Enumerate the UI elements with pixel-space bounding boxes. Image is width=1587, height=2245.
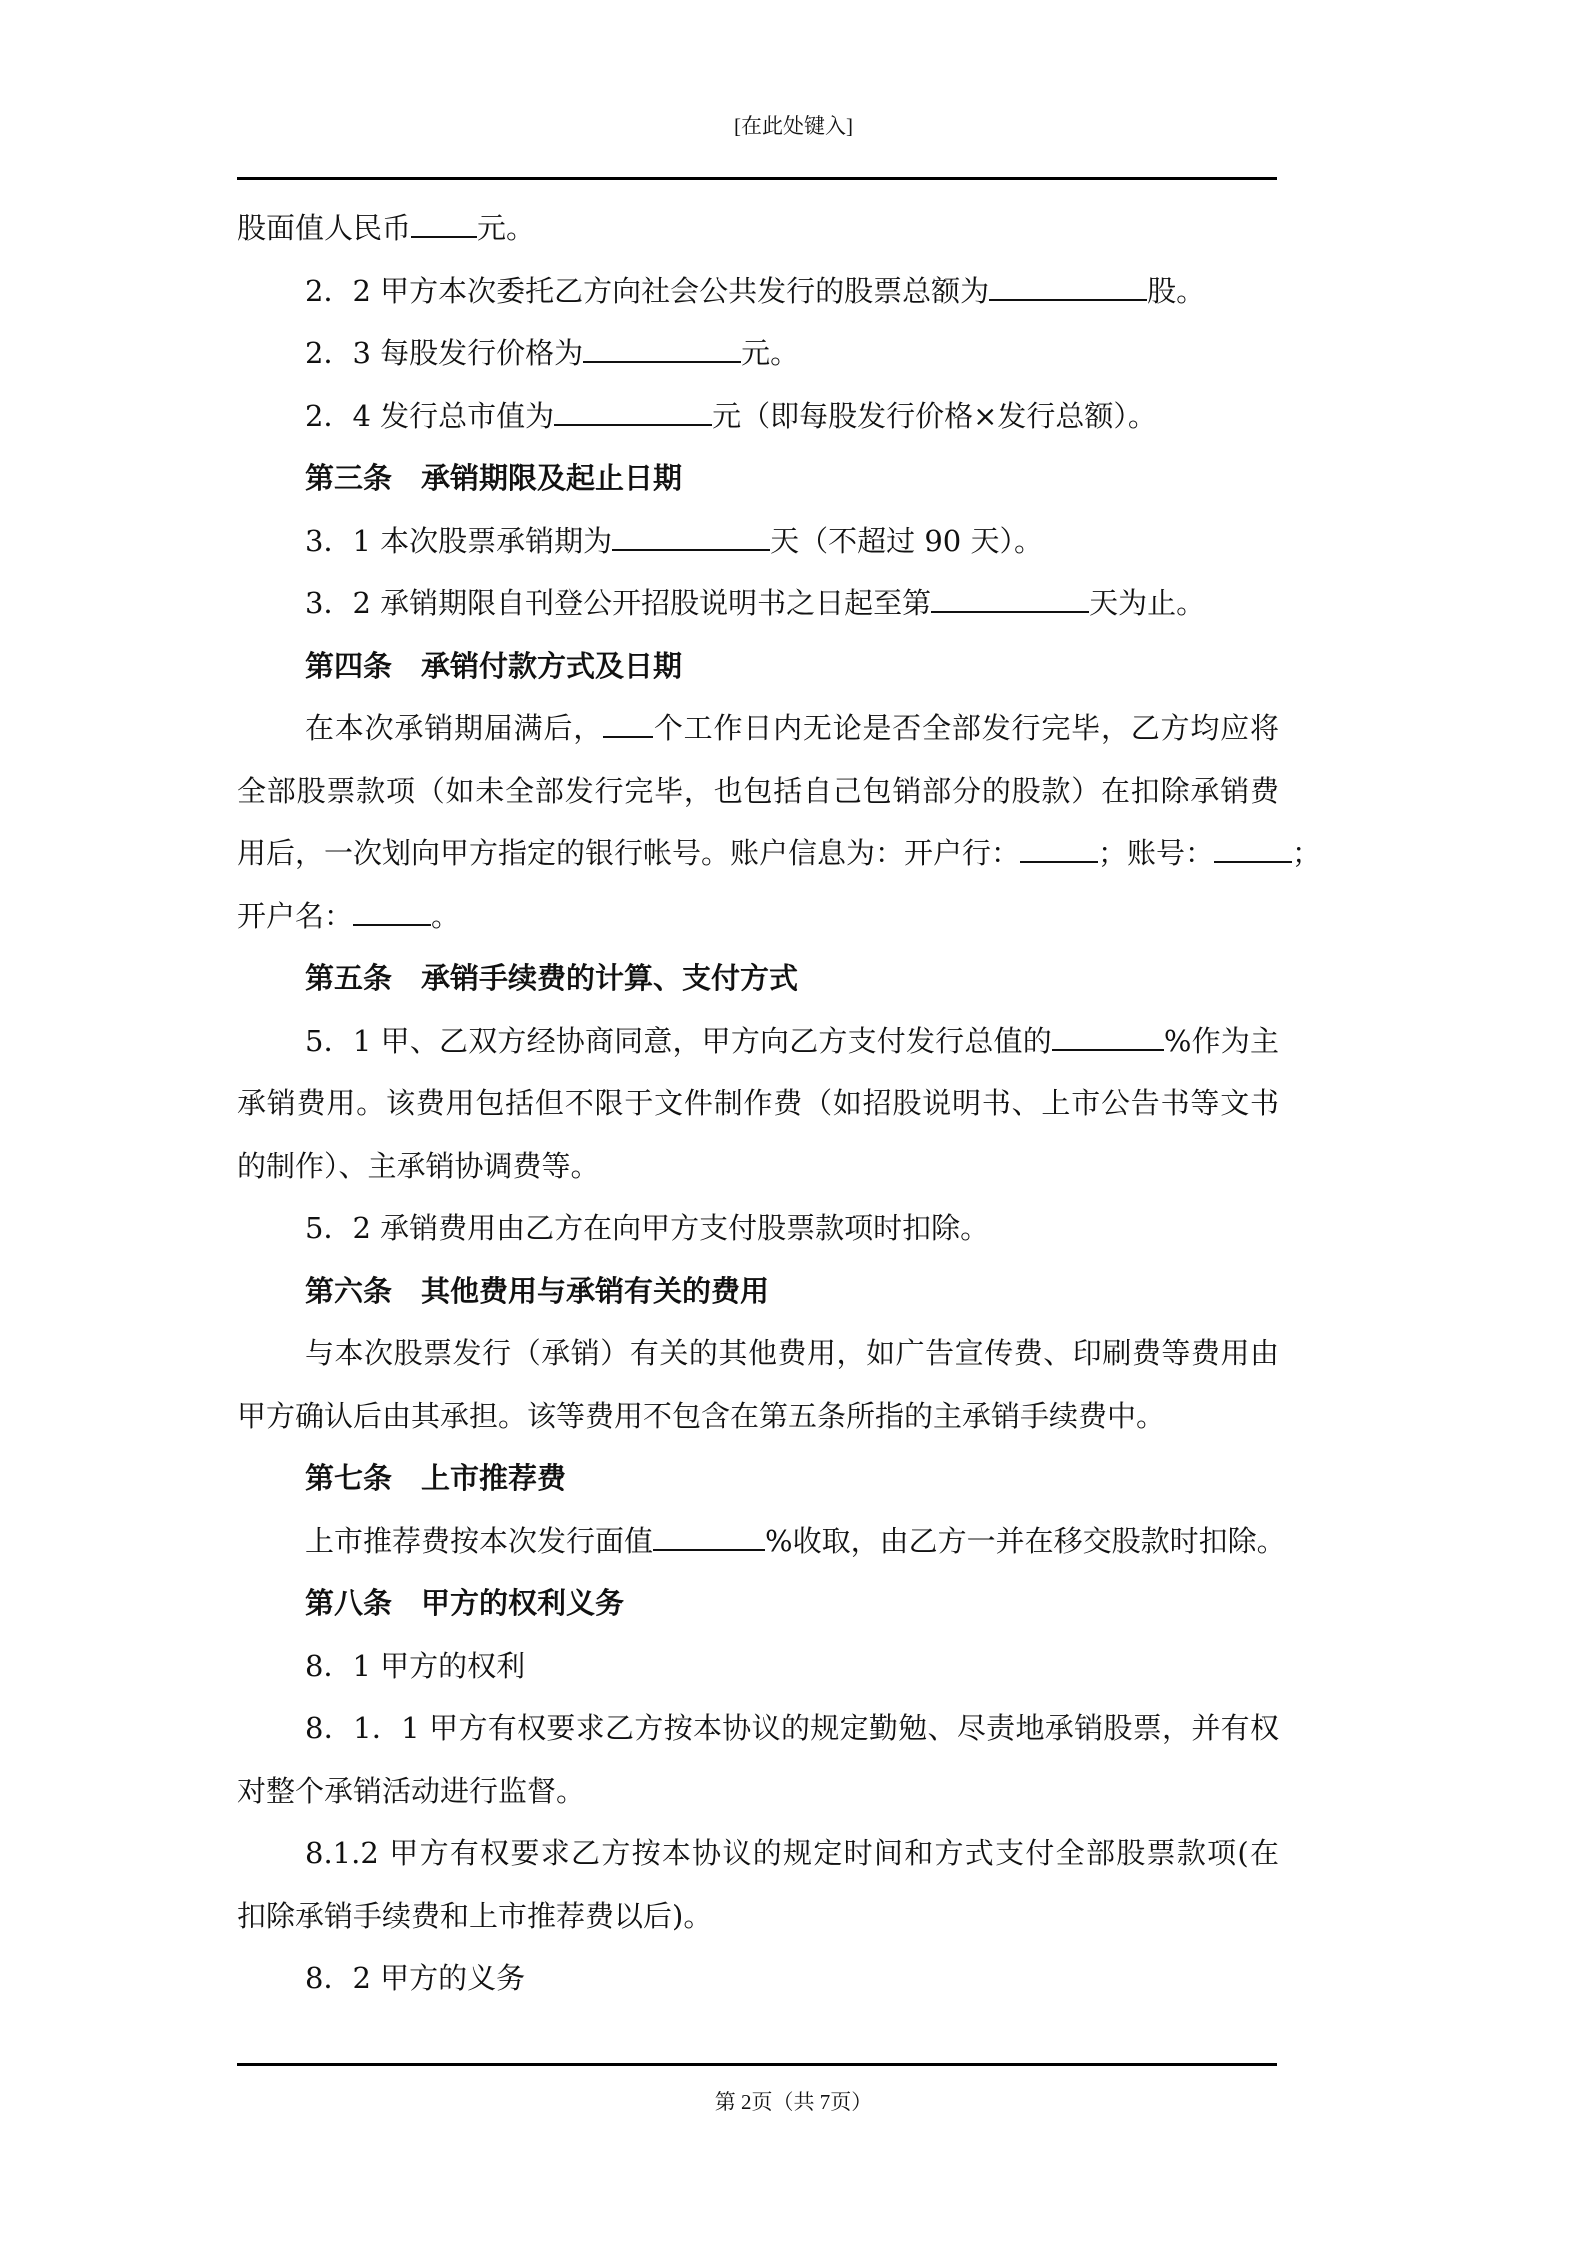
fill-in-blank[interactable] — [554, 402, 712, 426]
text-run: 扣除承销手续费和上市推荐费以后)。 — [237, 1899, 712, 1933]
text-run: ； — [1292, 836, 1321, 870]
section-heading: 第四条 承销付款方式及日期 — [237, 635, 1279, 698]
text-run: 2．2 甲方本次委托乙方向社会公共发行的股票总额为 — [305, 274, 989, 308]
paragraph-line: 全部股票款项（如未全部发行完毕，也包括自己包销部分的股款）在扣除承销费 — [237, 760, 1279, 823]
text-run: 元（即每股发行价格×发行总额）。 — [712, 399, 1157, 433]
fill-in-blank[interactable] — [931, 589, 1089, 613]
text-run: 承销费用。该费用包括但不限于文件制作费（如招股说明书、上市公告书等文书 — [237, 1086, 1279, 1120]
text-run: %收取，由乙方一并在移交股款时扣除。 — [765, 1524, 1286, 1558]
fill-in-blank[interactable] — [1052, 1027, 1164, 1051]
fill-in-blank[interactable] — [1020, 839, 1098, 863]
text-run: 2．4 发行总市值为 — [305, 399, 554, 433]
section-heading: 第三条 承销期限及起止日期 — [237, 447, 1279, 510]
text-run: 天为止。 — [1089, 586, 1205, 620]
paragraph-line: 2．3 每股发行价格为元。 — [237, 322, 1279, 385]
text-run: 开户名： — [237, 899, 353, 933]
paragraph-line: 股面值人民币元。 — [237, 197, 1279, 260]
text-run: 在本次承销期届满后， — [305, 711, 603, 745]
text-run: %作为主 — [1164, 1024, 1279, 1058]
fill-in-blank[interactable] — [603, 714, 653, 738]
text-run: 用后，一次划向甲方指定的银行帐号。账户信息为：开户行： — [237, 836, 1020, 870]
text-run: 8．1 甲方的权利 — [305, 1649, 525, 1683]
footer-divider — [237, 2063, 1277, 2066]
section-heading: 第六条 其他费用与承销有关的费用 — [237, 1260, 1279, 1323]
paragraph-line: 2．2 甲方本次委托乙方向社会公共发行的股票总额为股。 — [237, 260, 1279, 323]
paragraph-line: 用后，一次划向甲方指定的银行帐号。账户信息为：开户行：；账号：； — [237, 822, 1279, 885]
text-run: 对整个承销活动进行监督。 — [237, 1774, 585, 1808]
text-run: 第五条 承销手续费的计算、支付方式 — [305, 961, 798, 995]
text-run: 8．1．1 甲方有权要求乙方按本协议的规定勤勉、尽责地承销股票，并有权 — [305, 1711, 1279, 1745]
text-run: 与本次股票发行（承销）有关的其他费用，如广告宣传费、印刷费等费用由 — [305, 1336, 1279, 1370]
text-run: 8.1.2 甲方有权要求乙方按本协议的规定时间和方式支付全部股票款项(在 — [305, 1836, 1279, 1870]
fill-in-blank[interactable] — [989, 277, 1147, 301]
paragraph-line: 上市推荐费按本次发行面值%收取，由乙方一并在移交股款时扣除。 — [237, 1510, 1279, 1573]
fill-in-blank[interactable] — [612, 527, 770, 551]
section-heading: 第八条 甲方的权利义务 — [237, 1572, 1279, 1635]
paragraph-line: 8．1．1 甲方有权要求乙方按本协议的规定勤勉、尽责地承销股票，并有权 — [237, 1697, 1279, 1760]
text-run: 元。 — [477, 211, 535, 245]
text-run: 5．2 承销费用由乙方在向甲方支付股票款项时扣除。 — [305, 1211, 989, 1245]
document-body: 股面值人民币元。2．2 甲方本次委托乙方向社会公共发行的股票总额为股。2．3 每… — [237, 197, 1279, 2010]
paragraph-line: 5．2 承销费用由乙方在向甲方支付股票款项时扣除。 — [237, 1197, 1279, 1260]
fill-in-blank[interactable] — [653, 1527, 765, 1551]
text-run: 元。 — [741, 336, 799, 370]
paragraph-line: 8.1.2 甲方有权要求乙方按本协议的规定时间和方式支付全部股票款项(在 — [237, 1822, 1279, 1885]
paragraph-line: 的制作）、主承销协调费等。 — [237, 1135, 1279, 1198]
paragraph-line: 5．1 甲、乙双方经协商同意，甲方向乙方支付发行总值的%作为主 — [237, 1010, 1279, 1073]
text-run: 全部股票款项（如未全部发行完毕，也包括自己包销部分的股款）在扣除承销费 — [237, 774, 1279, 808]
paragraph-line: 承销费用。该费用包括但不限于文件制作费（如招股说明书、上市公告书等文书 — [237, 1072, 1279, 1135]
paragraph-line: 对整个承销活动进行监督。 — [237, 1760, 1279, 1823]
paragraph-line: 在本次承销期届满后，个工作日内无论是否全部发行完毕，乙方均应将 — [237, 697, 1279, 760]
page-footer: 第 2页（共 7页） — [0, 2086, 1587, 2116]
paragraph-line: 8．1 甲方的权利 — [237, 1635, 1279, 1698]
text-run: 天（不超过 90 天）。 — [770, 524, 1043, 558]
paragraph-line: 3．2 承销期限自刊登公开招股说明书之日起至第天为止。 — [237, 572, 1279, 635]
text-run: 第三条 承销期限及起止日期 — [305, 461, 682, 495]
paragraph-line: 2．4 发行总市值为元（即每股发行价格×发行总额）。 — [237, 385, 1279, 448]
text-run: 。 — [431, 899, 460, 933]
section-heading: 第七条 上市推荐费 — [237, 1447, 1279, 1510]
paragraph-line: 扣除承销手续费和上市推荐费以后)。 — [237, 1885, 1279, 1948]
text-run: 第四条 承销付款方式及日期 — [305, 649, 682, 683]
paragraph-line: 与本次股票发行（承销）有关的其他费用，如广告宣传费、印刷费等费用由 — [237, 1322, 1279, 1385]
text-run: 甲方确认后由其承担。该等费用不包含在第五条所指的主承销手续费中。 — [237, 1399, 1165, 1433]
fill-in-blank[interactable] — [1214, 839, 1292, 863]
text-run: 3．1 本次股票承销期为 — [305, 524, 612, 558]
text-run: 5．1 甲、乙双方经协商同意，甲方向乙方支付发行总值的 — [305, 1024, 1052, 1058]
fill-in-blank[interactable] — [353, 902, 431, 926]
text-run: 第六条 其他费用与承销有关的费用 — [305, 1274, 769, 1308]
text-run: 股面值人民币 — [237, 211, 411, 245]
paragraph-line: 3．1 本次股票承销期为天（不超过 90 天）。 — [237, 510, 1279, 573]
paragraph-line: 开户名：。 — [237, 885, 1279, 948]
text-run: 3．2 承销期限自刊登公开招股说明书之日起至第 — [305, 586, 931, 620]
text-run: 8．2 甲方的义务 — [305, 1961, 525, 1995]
text-run: 个工作日内无论是否全部发行完毕，乙方均应将 — [653, 711, 1279, 745]
text-run: 上市推荐费按本次发行面值 — [305, 1524, 653, 1558]
text-run: 的制作）、主承销协调费等。 — [237, 1149, 600, 1183]
text-run: ；账号： — [1098, 836, 1214, 870]
page-header: [在此处键入] — [0, 110, 1587, 140]
text-run: 第七条 上市推荐费 — [305, 1461, 566, 1495]
text-run: 2．3 每股发行价格为 — [305, 336, 583, 370]
fill-in-blank[interactable] — [411, 214, 477, 238]
text-run: 股。 — [1147, 274, 1205, 308]
paragraph-line: 8．2 甲方的义务 — [237, 1947, 1279, 2010]
section-heading: 第五条 承销手续费的计算、支付方式 — [237, 947, 1279, 1010]
header-divider — [237, 177, 1277, 180]
paragraph-line: 甲方确认后由其承担。该等费用不包含在第五条所指的主承销手续费中。 — [237, 1385, 1279, 1448]
fill-in-blank[interactable] — [583, 339, 741, 363]
text-run: 第八条 甲方的权利义务 — [305, 1586, 624, 1620]
